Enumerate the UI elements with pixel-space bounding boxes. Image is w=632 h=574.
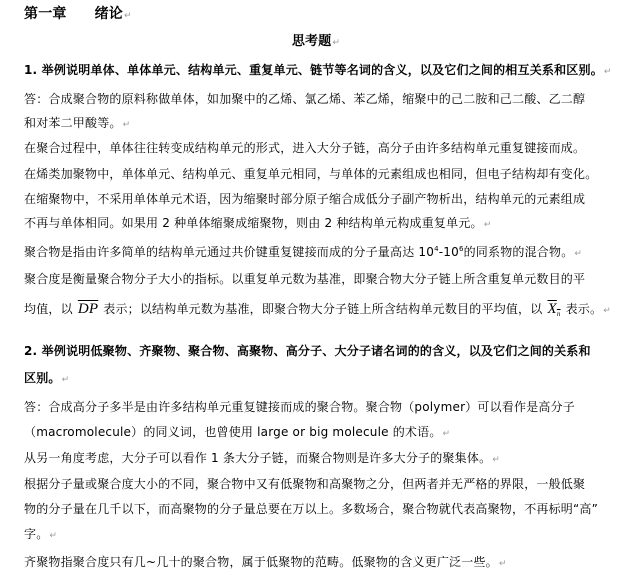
question-1-text: 1. 举例说明单体、单体单元、结构单元、重复单元、链节等名词的含义，以及它们之间… [24, 63, 603, 77]
answer-text: 不再与单体相同。如果用 2 种单体缩聚成缩聚物，则由 2 种结构单元构成重复单元… [24, 216, 483, 230]
paragraph-mark-icon: ↵ [332, 38, 340, 48]
answer-line: 在缩聚物中，不采用单体单元术语，因为缩聚时部分原子缩合成低分子副产物析出，结构单… [24, 191, 585, 207]
xn-symbol-x: X [547, 301, 556, 317]
answer-line: 在聚合过程中，单体往往转变成结构单元的形式，进入大分子链，高分子由许多结构单元重… [24, 140, 585, 156]
paragraph-mark-icon: ↵ [604, 67, 612, 77]
paragraph-mark-icon: ↵ [123, 120, 131, 130]
question-1-heading: 1. 举例说明单体、单体单元、结构单元、重复单元、链节等名词的含义，以及它们之间… [24, 62, 612, 80]
paragraph-mark-icon: ↵ [124, 11, 132, 21]
paragraph-mark-icon: ↵ [49, 531, 57, 541]
answer-line: （macromolecule）的同义词，也曾使用 large or big mo… [24, 424, 450, 442]
answer-line: 在烯类加聚物中，单体单元、结构单元、重复单元相同，与单体的元素组成也相同，但电子… [24, 166, 597, 182]
polymer-def-text: 的同系物的混合物。 [464, 245, 574, 259]
chapter-number: 第一章 [24, 6, 67, 22]
paragraph-mark-icon: ↵ [492, 455, 500, 465]
dp-text: 表示；以结构单元数为基准，即聚合物大分子链上所含结构单元数目的平均值，以 [103, 302, 542, 316]
answer-line: 不再与单体相同。如果用 2 种单体缩聚成缩聚物，则由 2 种结构单元构成重复单元… [24, 215, 491, 233]
answer-line: 和对苯二甲酸等。↵ [24, 115, 130, 133]
answer-text: （macromolecule）的同义词，也曾使用 large or big mo… [24, 425, 442, 439]
answer-line: 从另一角度考虑，大分子可以看作 1 条大分子链，而聚合物则是许多大分子的聚集体。… [24, 450, 500, 468]
answer-line: 物的分子量在几千以下，而高聚物的分子量总要在万以上。多数场合，聚合物就代表高聚物… [24, 501, 598, 517]
paragraph-mark-icon: ↵ [574, 249, 582, 259]
paragraph-mark-icon: ↵ [443, 429, 451, 439]
paragraph-mark-icon: ↵ [603, 306, 611, 316]
polymer-def-range: -10 [439, 245, 459, 259]
answer-text: 字。 [24, 527, 48, 541]
question-2-heading-line-1: 2. 举例说明低聚物、齐聚物、聚合物、高聚物、高分子、大分子诸名词的的含义，以及… [24, 343, 591, 359]
answer-line: 字。↵ [24, 526, 57, 544]
answer-text: 齐聚物指聚合度只有几~几十的聚合物，属于低聚物的范畴。低聚物的含义更广泛一些。 [24, 555, 498, 569]
paragraph-mark-icon: ↵ [62, 375, 70, 385]
dp-definition-line-2: 均值，以 DP 表示；以结构单元数为基准，即聚合物大分子链上所含结构单元数目的平… [24, 301, 611, 322]
question-2-heading-line-2: 区别。↵ [24, 370, 69, 388]
answer-line: 答：合成高分子多半是由许多结构单元重复键接而成的聚合物。聚合物（polymer）… [24, 399, 575, 415]
question-2-text: 区别。 [24, 371, 61, 385]
dp-definition-line-1: 聚合度是衡量聚合物分子大小的指标。以重复单元数为基准，即聚合物大分子链上所含重复… [24, 271, 585, 287]
polymer-definition-line: 聚合物是指由许多简单的结构单元通过共价键重复键接而成的分子量高达 104-106… [24, 244, 582, 262]
answer-text: 和对苯二甲酸等。 [24, 116, 122, 130]
section-title-text: 思考题 [292, 34, 332, 49]
dp-text: 均值，以 [24, 302, 73, 316]
answer-line: 齐聚物指聚合度只有几~几十的聚合物，属于低聚物的范畴。低聚物的含义更广泛一些。↵ [24, 554, 507, 572]
chapter-title: 绪论 [95, 6, 123, 22]
paragraph-mark-icon: ↵ [499, 559, 507, 569]
answer-line: 根据分子量或聚合度大小的不同，聚合物中又有低聚物和高聚物之分，但两者并无严格的界… [24, 476, 585, 492]
dp-text: 表示。 [566, 302, 603, 316]
answer-line: 答：合成聚合物的原料称做单体，如加聚中的乙烯、氯乙烯、苯乙烯，缩聚中的己二胺和己… [24, 91, 585, 107]
paragraph-mark-icon: ↵ [484, 220, 492, 230]
xn-symbol: Xn [546, 301, 561, 317]
dp-symbol: DP [77, 301, 99, 317]
section-title: 思考题↵ [0, 34, 632, 51]
xn-symbol-subscript: n [557, 310, 561, 318]
answer-text: 从另一角度考虑，大分子可以看作 1 条大分子链，而聚合物则是许多大分子的聚集体。 [24, 451, 491, 465]
chapter-heading: 第一章绪论↵ [24, 6, 132, 24]
polymer-def-text: 聚合物是指由许多简单的结构单元通过共价键重复键接而成的分子量高达 10 [24, 245, 434, 259]
